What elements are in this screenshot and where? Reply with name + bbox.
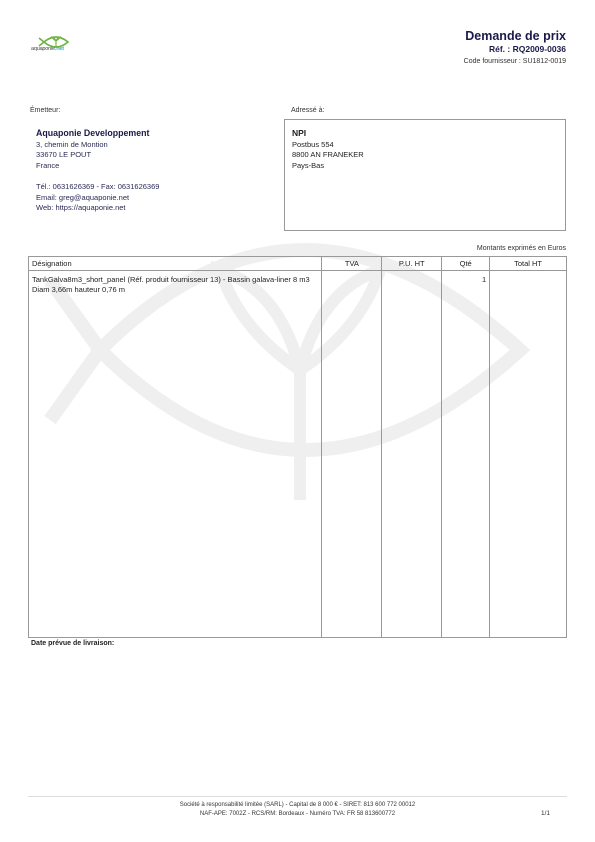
- table-row: TankGalva8m3_short_panel (Réf. produit f…: [29, 271, 567, 638]
- aquaponie-logo-icon: [30, 30, 80, 56]
- footer-legal: Société à responsabilité limitée (SARL) …: [0, 801, 595, 818]
- table-header-row: Désignation TVA P.U. HT Qté Total HT: [29, 257, 567, 271]
- cell-qty: 1: [442, 271, 490, 638]
- recipient-address-line1: Postbus 554: [292, 140, 364, 151]
- emitter-address-line1: 3, chemin de Montion: [36, 140, 159, 151]
- cell-pu-ht: [382, 271, 442, 638]
- designation-line1: TankGalva8m3_short_panel (Réf. produit f…: [32, 275, 318, 285]
- document-title: Demande de prix: [465, 29, 566, 43]
- page-number: 1/1: [541, 810, 550, 817]
- footer-line1: Société à responsabilité limitée (SARL) …: [0, 801, 595, 810]
- emitter-address-line2: 33670 LE POUT: [36, 150, 159, 161]
- items-table: Désignation TVA P.U. HT Qté Total HT Tan…: [28, 256, 567, 638]
- emitter-country: France: [36, 161, 159, 172]
- column-header-pu-ht: P.U. HT: [382, 257, 442, 271]
- cell-tva: [322, 271, 382, 638]
- emitter-web[interactable]: Web: https://aquaponie.net: [36, 203, 159, 214]
- logo-text: aquaponie.net: [31, 46, 64, 52]
- document-ref: Réf. : RQ2009-0036: [489, 44, 566, 54]
- recipient-label: Adressé à:: [291, 107, 324, 114]
- currency-note: Montants exprimés en Euros: [477, 245, 566, 252]
- emitter-phone-fax: Tél.: 0631626369 - Fax: 0631626369: [36, 182, 159, 193]
- column-header-designation: Désignation: [29, 257, 322, 271]
- emitter-name: Aquaponie Developpement: [36, 128, 159, 139]
- cell-total-ht: [490, 271, 567, 638]
- recipient-block: NPI Postbus 554 8800 AN FRANEKER Pays-Ba…: [292, 128, 364, 171]
- emitter-email[interactable]: Email: greg@aquaponie.net: [36, 193, 159, 204]
- column-header-total-ht: Total HT: [490, 257, 567, 271]
- footer-line2: NAF-APE: 7002Z - RCS/RM: Bordeaux - Numé…: [0, 810, 595, 819]
- column-header-tva: TVA: [322, 257, 382, 271]
- supplier-code: Code fournisseur : SU1812-0019: [464, 58, 566, 65]
- designation-line2: Diam 3,66m hauteur 0,76 m: [32, 285, 318, 295]
- emitter-label: Émetteur:: [30, 107, 60, 114]
- recipient-country: Pays-Bas: [292, 161, 364, 172]
- footer-divider: [28, 796, 567, 797]
- recipient-name: NPI: [292, 128, 364, 139]
- recipient-address-line2: 8800 AN FRANEKER: [292, 150, 364, 161]
- column-header-qty: Qté: [442, 257, 490, 271]
- cell-designation: TankGalva8m3_short_panel (Réf. produit f…: [29, 271, 322, 638]
- emitter-block: Aquaponie Developpement 3, chemin de Mon…: [36, 128, 159, 214]
- delivery-date-label: Date prévue de livraison:: [31, 640, 114, 647]
